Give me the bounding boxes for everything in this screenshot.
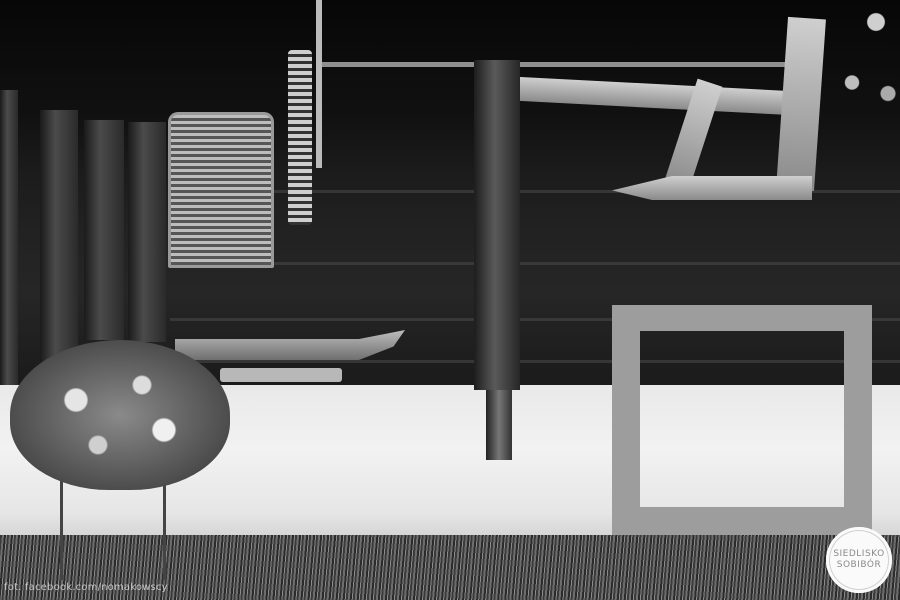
photo-credit: fot. facebook.com/nomakowscy <box>4 582 168 593</box>
flowering-plant <box>10 340 230 490</box>
wooden-post <box>128 122 166 342</box>
logo-line-1: SIEDLISKO <box>833 549 884 560</box>
wooden-beam <box>322 62 792 67</box>
coil-spring <box>288 50 312 225</box>
center-post-base <box>486 390 512 460</box>
log-seam <box>170 262 900 265</box>
logo-line-2: SOBIBÓR <box>837 560 881 571</box>
sledge-runner <box>220 368 342 382</box>
leaves <box>820 0 900 110</box>
photograph: fot. facebook.com/nomakowscy SIEDLISKO S… <box>0 0 900 600</box>
siedlisko-logo: SIEDLISKO SOBIBÓR <box>826 527 892 593</box>
wooden-post <box>40 110 78 380</box>
metal-rod <box>316 0 322 168</box>
wooden-post <box>84 120 124 340</box>
washboard <box>168 112 274 268</box>
center-post <box>474 60 520 390</box>
wooden-frame <box>612 305 872 535</box>
